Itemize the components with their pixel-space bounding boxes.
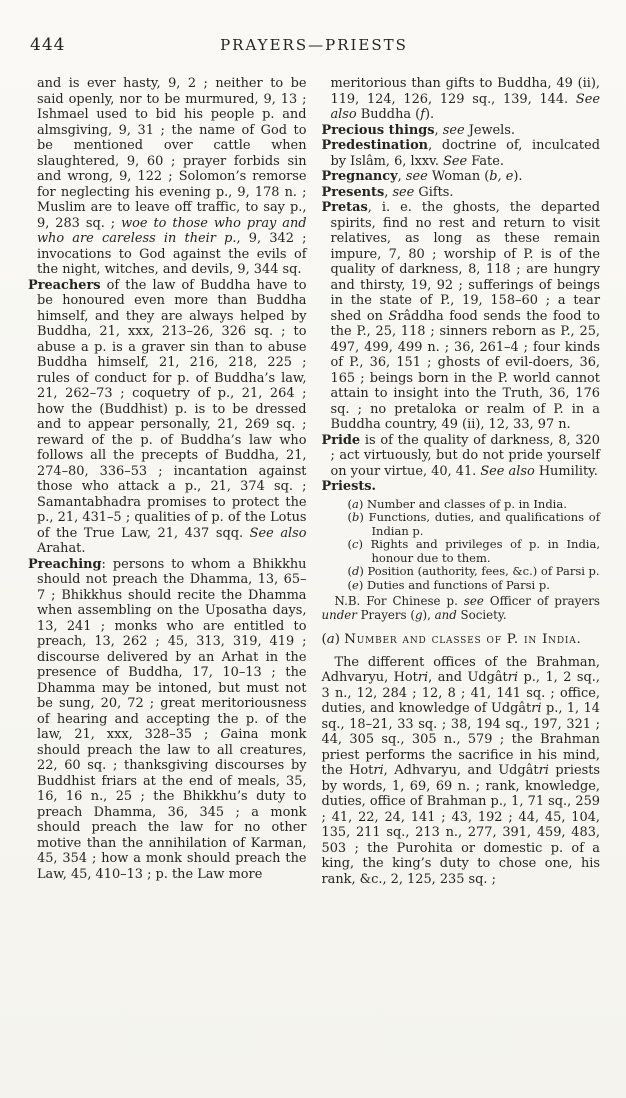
text-run: Arahat. [37, 541, 85, 556]
priests-section-a-heading: (a) Number and classes of P. in India. [322, 632, 601, 648]
text-run: Predestination [322, 138, 429, 153]
text-run: ) Number and classes of p. in India. [359, 497, 567, 511]
text-run: Number and classes of P. in India. [344, 632, 581, 647]
text-run: ). [425, 107, 434, 122]
text-run: Jewels. [465, 123, 515, 138]
text-run: See also [480, 464, 534, 479]
text-run: ). [513, 169, 522, 184]
priests-nota-bene: N.B. For Chinese p. see Officer of praye… [322, 595, 601, 622]
text-run: ) Position (authority, fees, &c.) of Par… [359, 564, 599, 578]
text-run: See [443, 154, 467, 169]
entry-pride: Pride is of the quality of darkness, 8, … [322, 433, 601, 480]
text-run: ) Functions, duties, and qualifications … [359, 510, 600, 538]
text-run: Preachers [28, 278, 101, 293]
text-run: Presents [322, 185, 385, 200]
entry-precious-things: Precious things, see Jewels. [322, 123, 601, 139]
text-run: of the law of Buddha have to be honoured… [37, 278, 307, 541]
text-run: ri [373, 763, 383, 778]
text-run: see [392, 185, 414, 200]
text-run: ) [335, 632, 344, 647]
text-run: see [464, 594, 484, 608]
text-run: ri [539, 763, 549, 778]
priests-section-a-text: The different offices of the Brahman, Ad… [322, 655, 601, 888]
text-run: N.B. For Chinese p. [335, 594, 464, 608]
text-run: , i. e. the ghosts, the departed spirits… [331, 200, 601, 324]
text-run: a [327, 632, 335, 647]
text-run: see [443, 123, 465, 138]
text-run: , Adhvaryu, and Udgât [384, 763, 539, 778]
text-run: aina monk should preach the law to all c… [37, 727, 307, 882]
entry-priests: Priests. [322, 479, 601, 495]
text-run: meritorious than gifts to Buddha, 49 (ii… [331, 76, 601, 107]
text-run: Prayers ( [357, 608, 415, 622]
entry-predestination: Predestination, doctrine of, inculcated … [322, 138, 601, 169]
entry-prayers-continuation: and is ever hasty, 9, 2 ; neither to be … [37, 76, 307, 278]
priests-subentry-e: (e) Duties and functions of Parsi p. [322, 579, 601, 593]
entry-pregnancy: Pregnancy, see Woman (b, e). [322, 169, 601, 185]
text-run: Precious things [322, 123, 435, 138]
text-run: ) Duties and functions of Parsi p. [359, 578, 550, 592]
text-run: g [415, 608, 423, 622]
text-run: Buddha ( [357, 107, 421, 122]
text-run: Pride [322, 433, 361, 448]
text-run: and [435, 608, 457, 622]
text-run: see [406, 169, 428, 184]
running-head: PRAYERS—PRIESTS [28, 36, 600, 54]
text-run: Humility. [535, 464, 598, 479]
text-run: , [435, 123, 443, 138]
text-run: and is ever hasty, 9, 2 ; neither to be … [37, 76, 307, 231]
text-run: Pretas [322, 200, 368, 215]
index-columns: and is ever hasty, 9, 2 ; neither to be … [28, 76, 600, 887]
priests-subentry-d: (d) Position (authority, fees, &c.) of P… [322, 565, 601, 579]
entry-pretas: Pretas, i. e. the ghosts, the departed s… [322, 200, 601, 433]
text-run: , [398, 169, 406, 184]
text-run: Gifts. [414, 185, 453, 200]
text-run: G [220, 727, 230, 742]
text-run: b, e [489, 169, 513, 184]
entry-preaching: Preaching: persons to whom a Bhikkhu sho… [28, 557, 307, 883]
text-run: Officer of prayers [484, 594, 600, 608]
entry-preaching-continuation: meritorious than gifts to Buddha, 49 (ii… [331, 76, 601, 123]
text-run: a [352, 497, 359, 511]
text-run: Fate. [467, 154, 504, 169]
text-run: , and Udgât [428, 670, 508, 685]
book-page: 444 PRAYERS—PRIESTS and is ever hasty, 9… [0, 0, 626, 887]
priests-subentry-a: (a) Number and classes of p. in India. [322, 498, 601, 512]
text-run: under [322, 608, 357, 622]
text-run: Pregnancy [322, 169, 398, 184]
right-column: meritorious than gifts to Buddha, 49 (ii… [322, 76, 601, 887]
page-header: 444 PRAYERS—PRIESTS [28, 34, 600, 58]
text-run: ri [508, 670, 518, 685]
entry-presents: Presents, see Gifts. [322, 185, 601, 201]
text-run: Woman ( [428, 169, 490, 184]
text-run: Priests. [322, 479, 377, 494]
entry-preachers: Preachers of the law of Buddha have to b… [28, 278, 307, 557]
text-run: ri [531, 701, 541, 716]
text-run: râddha food sends the food to the P., 25… [331, 309, 601, 433]
text-run: : persons to whom a Bhikkhu should not p… [37, 557, 307, 743]
left-column: and is ever hasty, 9, 2 ; neither to be … [28, 76, 307, 887]
text-run: ), [423, 608, 435, 622]
text-run: Preaching [28, 557, 102, 572]
text-run: e [352, 578, 359, 592]
text-run: ri [418, 670, 428, 685]
text-run: priests by words, 1, 69, 69 n. ; rank, k… [322, 763, 601, 887]
text-run: Society. [457, 608, 507, 622]
priests-subentry-c: (c) Rights and privileges of p. in India… [322, 538, 601, 565]
text-run: S [388, 309, 397, 324]
priests-subentry-b: (b) Functions, duties, and qualification… [322, 511, 601, 538]
text-run: See also [250, 526, 307, 541]
text-run: ) Rights and privileges of p. in India, … [358, 537, 600, 565]
